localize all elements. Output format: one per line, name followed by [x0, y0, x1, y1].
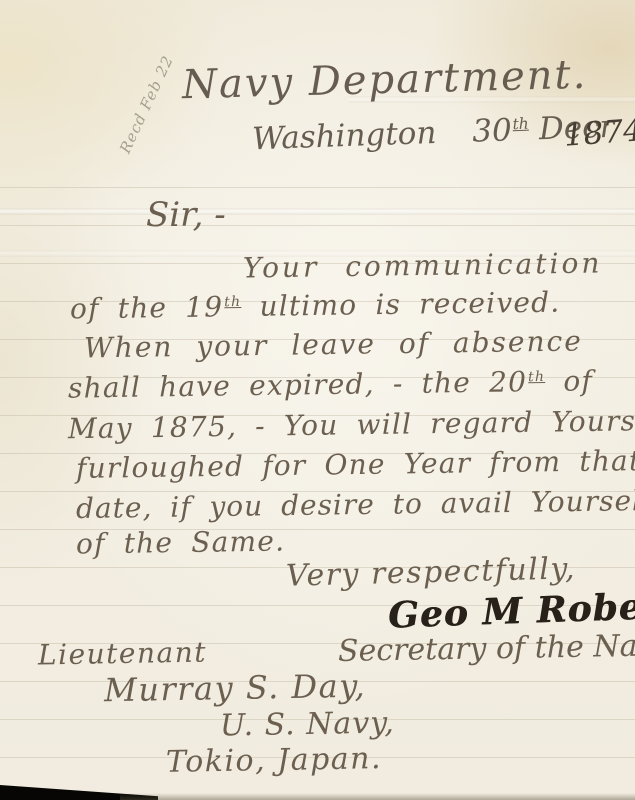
body-line-5: May 1875, - You will regard Yourself [68, 407, 635, 443]
body-line-7: date, if you desire to avail Yourself [76, 487, 635, 523]
body-line-4-text: shall have expired, - the 20 [68, 365, 528, 404]
recipient-rank: Lieutenant [38, 639, 207, 670]
letter-page: Recd Feb 22 Navy Department. Washington3… [0, 0, 635, 800]
dateline-year: 1874 [563, 115, 635, 151]
body-line-4-ordinal: th [528, 369, 545, 385]
salutation: Sir, - [146, 198, 226, 232]
body-line-2-ordinal: th [224, 294, 241, 310]
body-line-4-text: of [545, 364, 593, 398]
recipient-name: Murray S. Day, [104, 670, 367, 707]
recipient-location: Tokio, Japan. [166, 744, 383, 778]
body-line-3: When your leave of absence [84, 328, 583, 363]
body-line-2-text: of the 19 [70, 290, 224, 325]
letterhead-department: Navy Department. [182, 55, 588, 106]
body-line-6: furloughed for One Year from that [76, 447, 635, 483]
signature: Geo M Robeson [387, 586, 635, 633]
body-line-2: of the 19th ultimo is received. [70, 289, 561, 324]
pencil-received-annotation: Recd Feb 22 [117, 51, 177, 157]
bottom-edge-shadow [120, 793, 635, 800]
body-line-1: Your communication [243, 249, 603, 282]
dateline-place: Washington [251, 115, 436, 157]
letterhead-dateline: Washington30thDecr [252, 112, 615, 156]
recipient-service: U. S. Navy, [220, 708, 395, 741]
body-line-2-text: ultimo is received. [241, 286, 560, 323]
dateline-day: 30 [472, 112, 513, 149]
signer-title: Secretary of the Navy. [338, 631, 635, 667]
dateline-day-suffix: th [512, 114, 529, 133]
body-line-4: shall have expired, - the 20th of [68, 367, 593, 402]
body-line-8: of the Same. [76, 528, 286, 559]
paper-crease [0, 208, 635, 215]
closing-valediction: Very respectfully, [286, 554, 577, 592]
